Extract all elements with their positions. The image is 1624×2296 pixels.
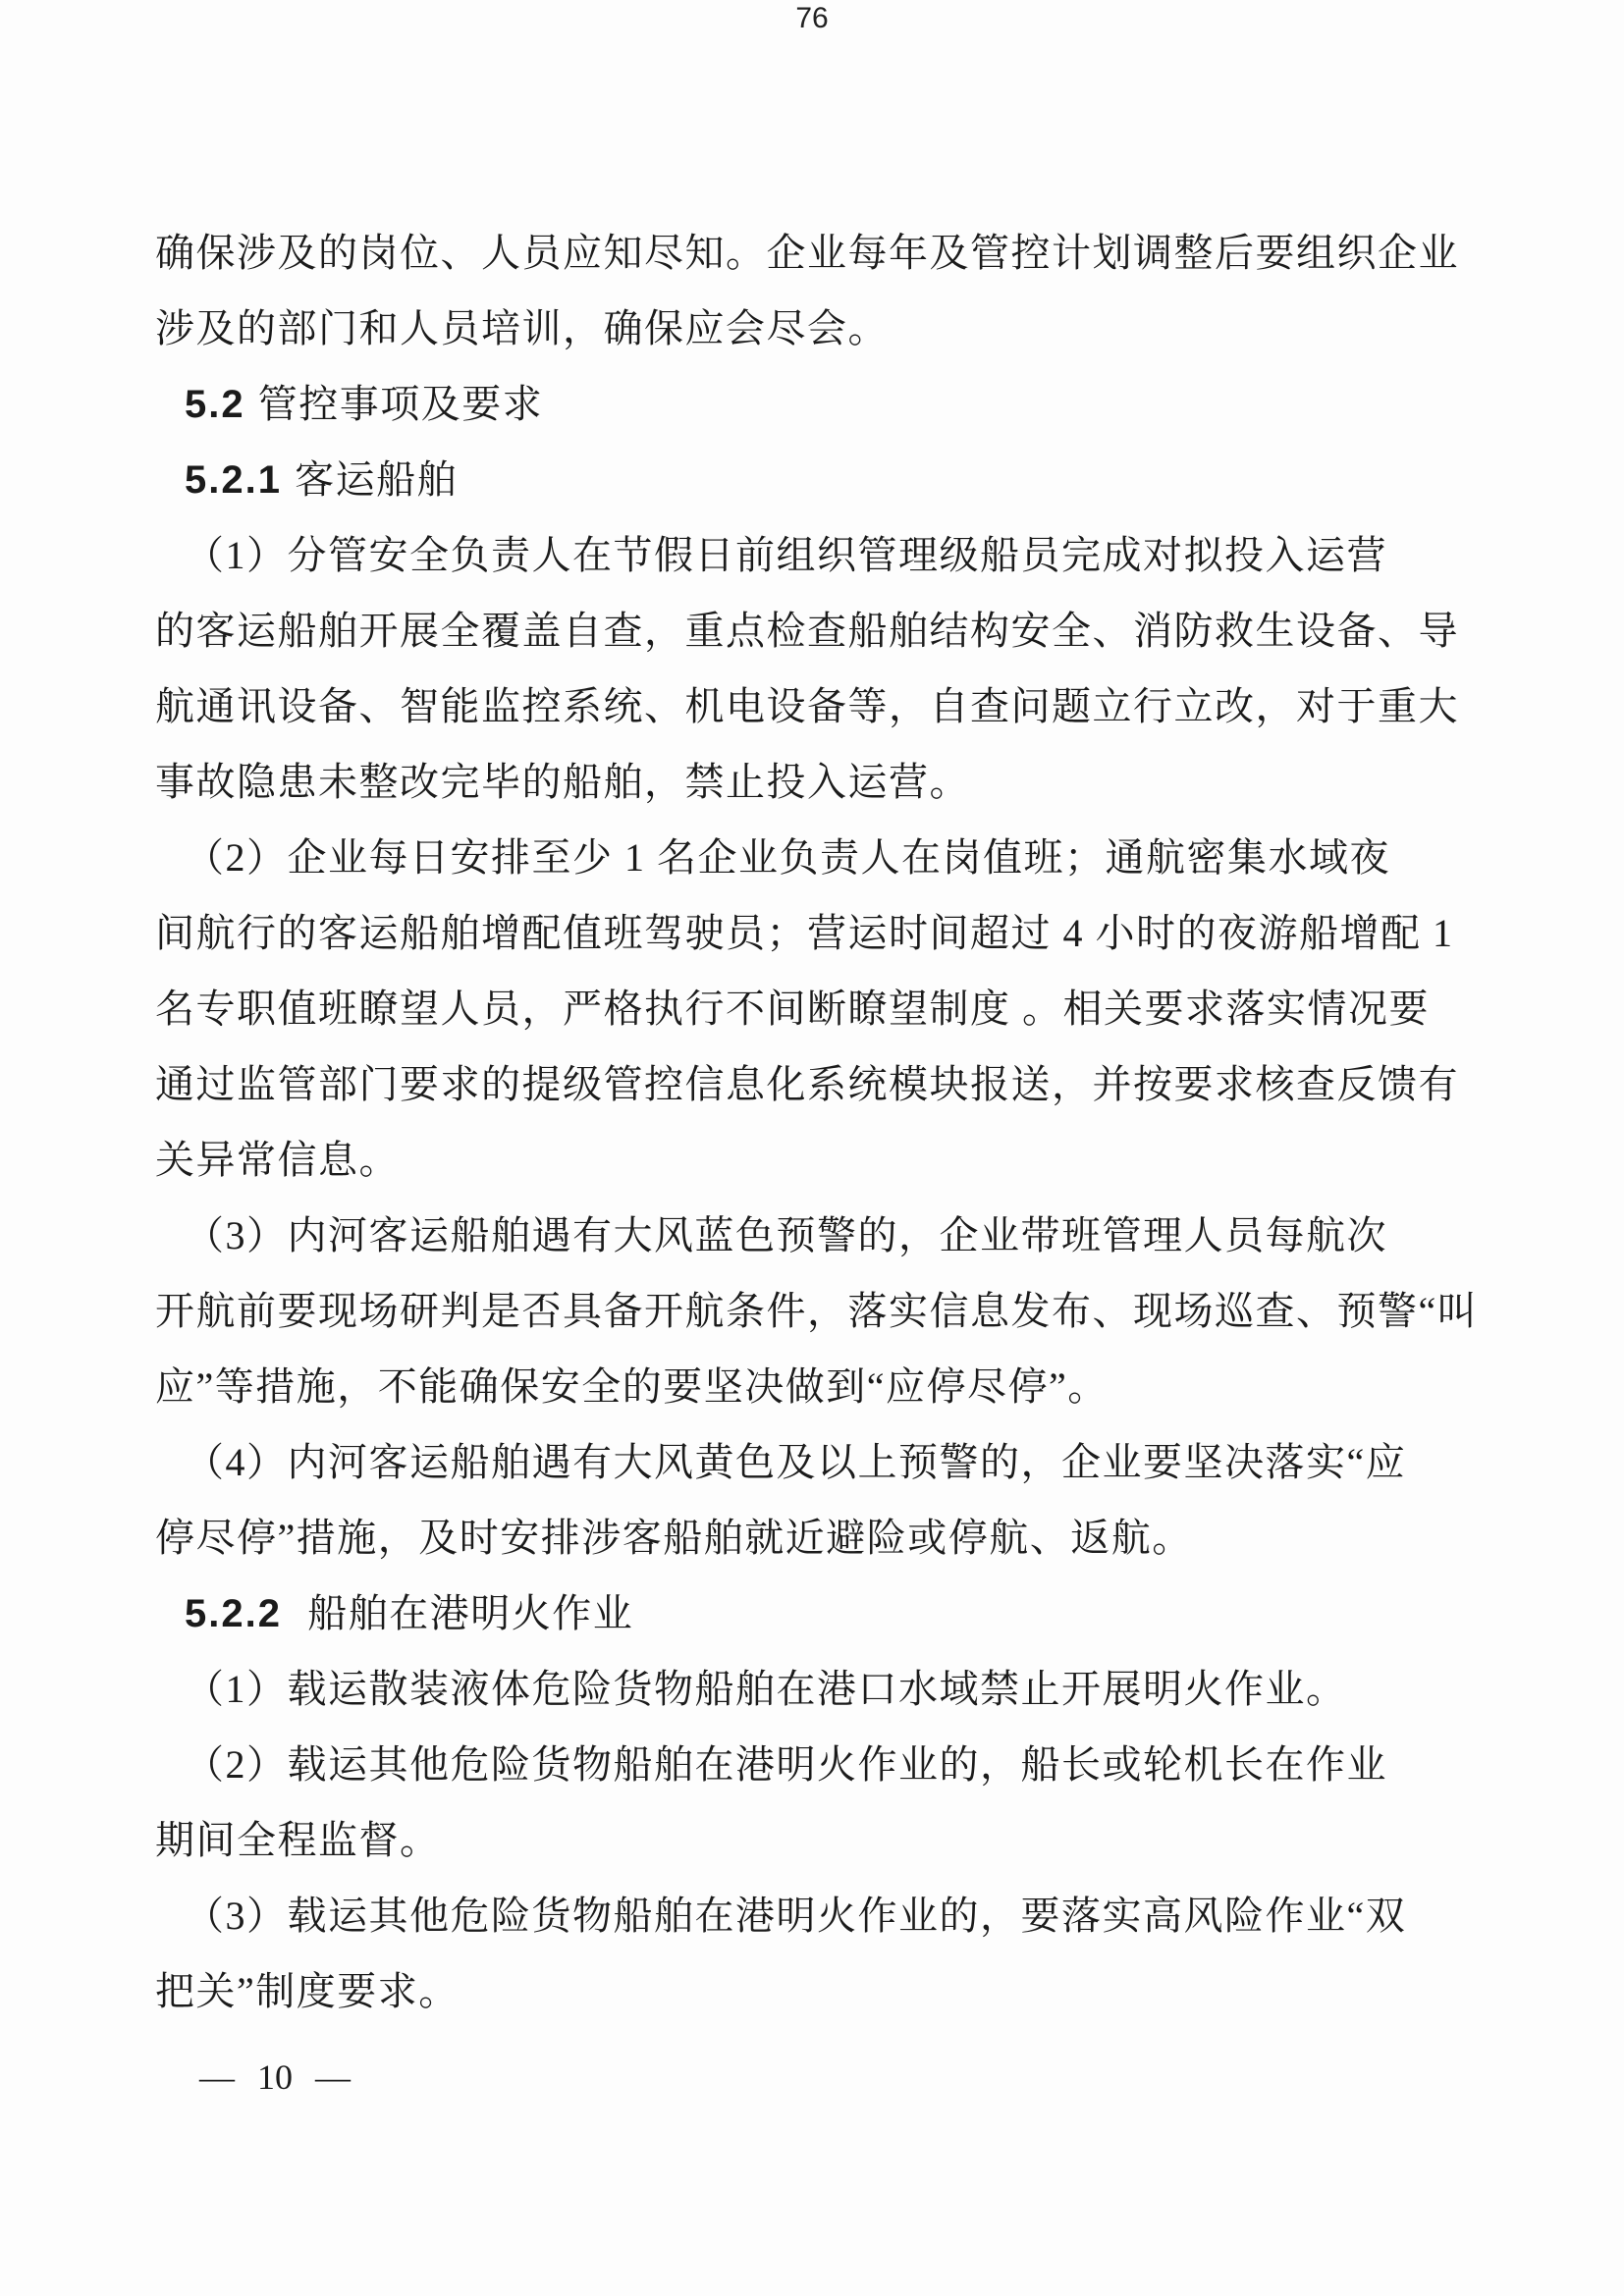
text-line: 间航行的客运船舶增配值班驾驶员；营运时间超过 4 小时的夜游船增配 1 [155,895,1471,971]
line-text: 期间全程监督。 [155,1818,441,1862]
heading-number: 5.2 [185,383,258,426]
line-text: 船舶在港明火作业 [307,1591,633,1635]
line-text: （1）载运散装液体危险货物船舶在港口水域禁止开展明火作业。 [185,1667,1347,1711]
text-line: （4）内河客运船舶遇有大风黄色及以上预警的，企业要坚决落实“应 [155,1424,1471,1500]
line-text: 停尽停”措施，及时安排涉客船舶就近避险或停航、返航。 [155,1516,1193,1560]
line-text: 应”等措施，不能确保安全的要坚决做到“应停尽停”。 [155,1364,1109,1409]
line-text: 事故隐患未整改完毕的船舶，禁止投入运营。 [155,760,970,804]
text-line: （3）载运其他危险货物船舶在港明火作业的，要落实高风险作业“双 [155,1878,1471,1953]
text-line: （1）分管安全负责人在节假日前组织管理级船员完成对拟投入运营 [155,517,1471,593]
document-body: 确保涉及的岗位、人员应知尽知。企业每年及管控计划调整后要组织企业涉及的部门和人员… [155,215,1471,2029]
page-number-bottom: — 10 — [199,2056,351,2099]
line-text: （2）载运其他危险货物船舶在港明火作业的，船长或轮机长在作业 [185,1742,1387,1787]
line-text: 涉及的部门和人员培训，确保应会尽会。 [155,306,889,350]
text-line: 名专职值班瞭望人员，严格执行不间断瞭望制度 。相关要求落实情况要 [155,971,1471,1046]
text-line: 航通讯设备、智能监控系统、机电设备等，自查问题立行立改，对于重大 [155,668,1471,744]
text-line: 开航前要现场研判是否具备开航条件，落实信息发布、现场巡查、预警“叫 [155,1273,1471,1349]
line-text: 名专职值班瞭望人员，严格执行不间断瞭望制度 。相关要求落实情况要 [155,987,1430,1031]
line-text: 客运船舶 [295,457,458,502]
heading-number: 5.2.2 [185,1592,307,1635]
line-text: 间航行的客运船舶增配值班驾驶员；营运时间超过 4 小时的夜游船增配 1 [155,911,1454,955]
line-text: 航通讯设备、智能监控系统、机电设备等，自查问题立行立改，对于重大 [155,684,1459,728]
heading-number: 5.2.1 [185,458,295,502]
line-text: 关异常信息。 [155,1138,400,1182]
text-line: 5.2 管控事项及要求 [155,366,1471,442]
line-text: 通过监管部门要求的提级管控信息化系统模块报送，并按要求核查反馈有 [155,1062,1459,1106]
text-line: 5.2.2 船舶在港明火作业 [155,1575,1471,1651]
text-line: 应”等措施，不能确保安全的要坚决做到“应停尽停”。 [155,1349,1471,1424]
line-text: （3）内河客运船舶遇有大风蓝色预警的，企业带班管理人员每航次 [185,1213,1387,1257]
line-text: （3）载运其他危险货物船舶在港明火作业的，要落实高风险作业“双 [185,1894,1406,1938]
text-line: 关异常信息。 [155,1122,1471,1198]
text-line: 事故隐患未整改完毕的船舶，禁止投入运营。 [155,744,1471,820]
text-line: 期间全程监督。 [155,1802,1471,1878]
line-text: 确保涉及的岗位、人员应知尽知。企业每年及管控计划调整后要组织企业 [155,231,1459,275]
text-line: 确保涉及的岗位、人员应知尽知。企业每年及管控计划调整后要组织企业 [155,215,1471,291]
line-text: 的客运船舶开展全覆盖自查，重点检查船舶结构安全、消防救生设备、导 [155,609,1459,653]
line-text: 把关”制度要求。 [155,1969,460,2013]
text-line: （1）载运散装液体危险货物船舶在港口水域禁止开展明火作业。 [155,1651,1471,1727]
text-line: 涉及的部门和人员培训，确保应会尽会。 [155,291,1471,366]
line-text: （4）内河客运船舶遇有大风黄色及以上预警的，企业要坚决落实“应 [185,1440,1406,1484]
text-line: （2）载运其他危险货物船舶在港明火作业的，船长或轮机长在作业 [155,1727,1471,1802]
text-line: 把关”制度要求。 [155,1953,1471,2029]
text-line: （2）企业每日安排至少 1 名企业负责人在岗值班；通航密集水域夜 [155,820,1471,895]
text-line: 停尽停”措施，及时安排涉客船舶就近避险或停航、返航。 [155,1500,1471,1575]
text-line: （3）内河客运船舶遇有大风蓝色预警的，企业带班管理人员每航次 [155,1198,1471,1273]
line-text: （1）分管安全负责人在节假日前组织管理级船员完成对拟投入运营 [185,533,1387,577]
text-line: 5.2.1 客运船舶 [155,442,1471,517]
line-text: 开航前要现场研判是否具备开航条件，落实信息发布、现场巡查、预警“叫 [155,1289,1478,1333]
text-line: 通过监管部门要求的提级管控信息化系统模块报送，并按要求核查反馈有 [155,1046,1471,1122]
line-text: （2）企业每日安排至少 1 名企业负责人在岗值班；通航密集水域夜 [185,835,1390,880]
page-number-top: 76 [0,4,1624,33]
line-text: 管控事项及要求 [258,382,544,426]
text-line: 的客运船舶开展全覆盖自查，重点检查船舶结构安全、消防救生设备、导 [155,593,1471,668]
